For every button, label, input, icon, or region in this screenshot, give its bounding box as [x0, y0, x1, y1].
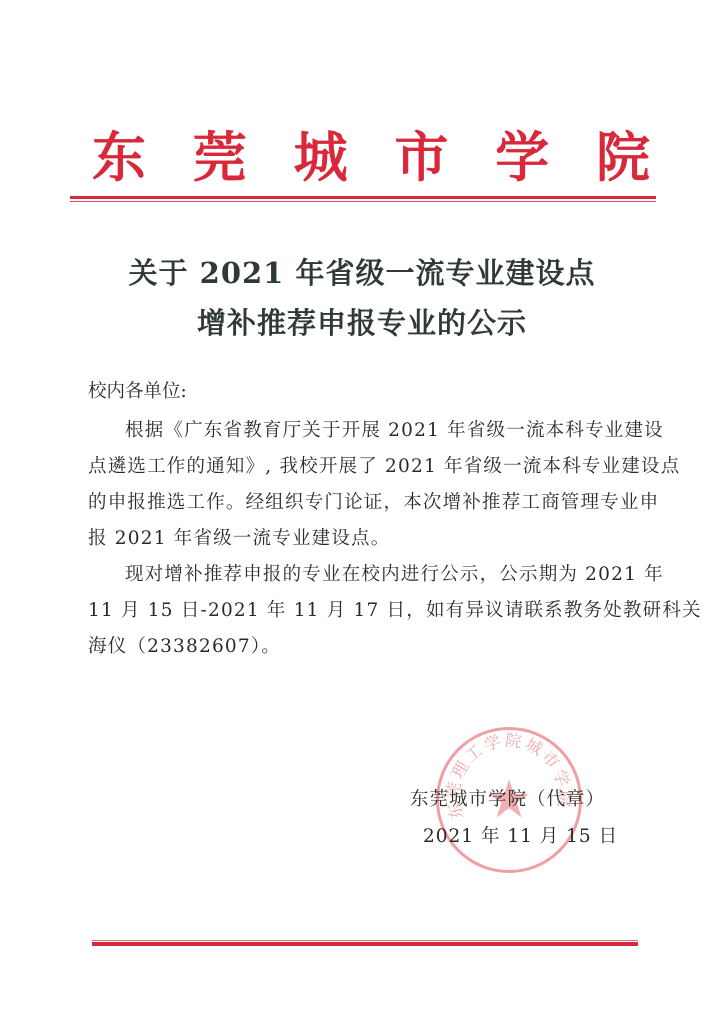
- document-title-line-1: 关于 2021 年省级一流专业建设点: [0, 251, 724, 292]
- paragraph-line: 点遴选工作的通知》, 我校开展了 2021 年省级一流本科专业建设点: [88, 449, 646, 485]
- document-title-line-2: 增补推荐申报专业的公示: [0, 301, 724, 342]
- header-divider-thick: [70, 196, 656, 199]
- masthead-char: 市: [394, 130, 448, 184]
- paragraph-line: 现对增补推荐申报的专业在校内进行公示，公示期为 2021 年: [88, 557, 646, 593]
- masthead-char: 学: [495, 130, 549, 184]
- masthead-char: 莞: [193, 130, 247, 184]
- paragraph-line: 11 月 15 日-2021 年 11 月 17 日，如有异议请联系教务处教研科…: [88, 593, 646, 629]
- paragraph-2: 现对增补推荐申报的专业在校内进行公示，公示期为 2021 年 11 月 15 日…: [88, 557, 646, 665]
- paragraph-1: 根据《广东省教育厅关于开展 2021 年省级一流本科专业建设 点遴选工作的通知》…: [88, 413, 646, 557]
- salutation: 校内各单位:: [88, 374, 646, 410]
- header-divider-thin: [70, 201, 656, 202]
- paragraph-line: 报 2021 年省级一流专业建设点。: [88, 521, 646, 557]
- footer-divider-thick: [92, 942, 638, 946]
- footer-divider-thin: [92, 940, 638, 941]
- masthead-char: 院: [596, 130, 650, 184]
- paragraph-line: 的申报推选工作。经组织专门论证，本次增补推荐工商管理专业申: [88, 485, 646, 521]
- masthead-char: 东: [92, 130, 146, 184]
- paragraph-line: 根据《广东省教育厅关于开展 2021 年省级一流本科专业建设: [88, 413, 646, 449]
- masthead-school-name: 东 莞 城 市 学 院: [70, 122, 660, 192]
- signing-organization: 东莞城市学院（代章）: [410, 785, 605, 811]
- signing-date: 2021 年 11 月 15 日: [423, 822, 618, 848]
- paragraph-line: 海仪（23382607）。: [88, 629, 646, 665]
- masthead-char: 城: [294, 130, 348, 184]
